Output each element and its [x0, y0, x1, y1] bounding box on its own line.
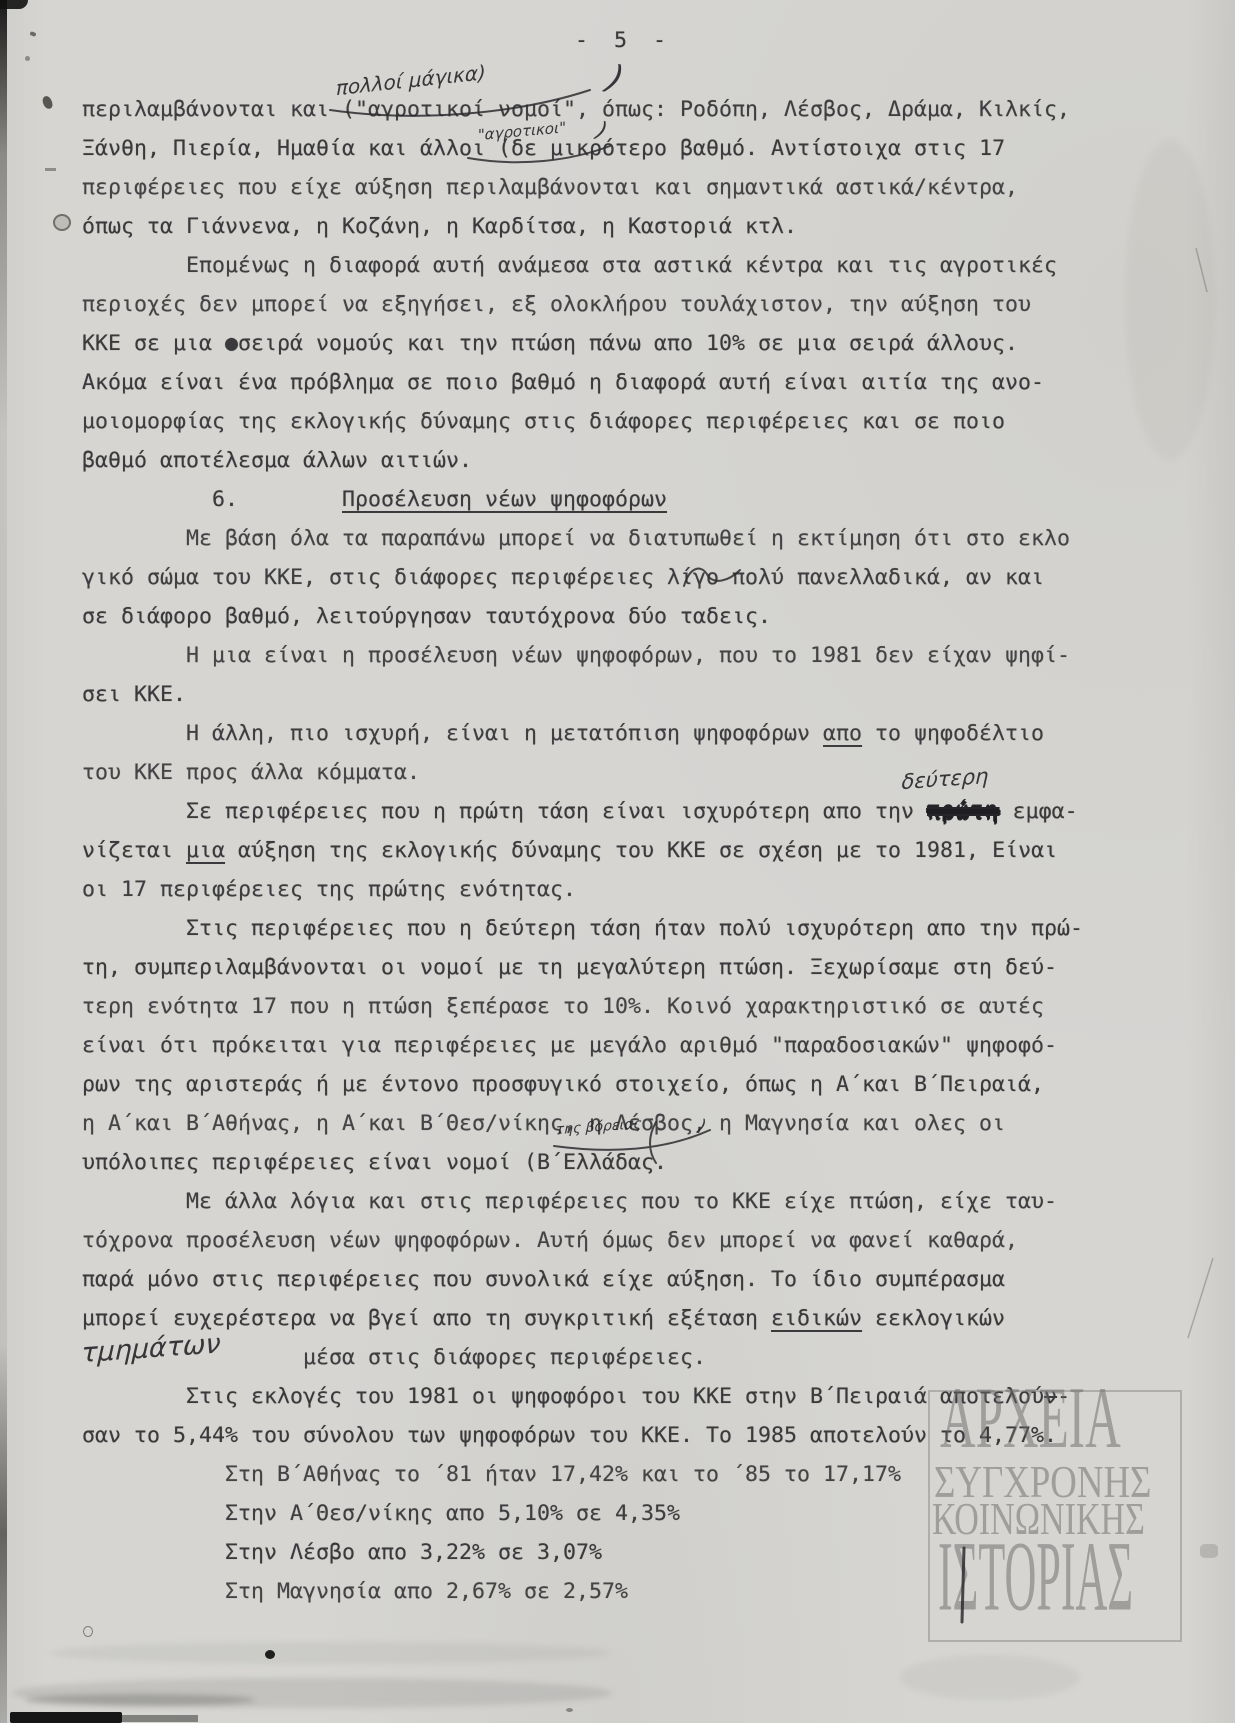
typewritten-line-4: όπως τα Γιάννενα, η Κοζάνη, η Καρδίτσα, … — [82, 213, 797, 240]
page-number: - 5 - — [575, 28, 666, 53]
typewritten-line-12: Με βάση όλα τα παραπάνω μπορεί να διατυπ… — [82, 525, 1070, 552]
scan-mark-right — [1200, 1544, 1218, 1558]
typewritten-line-6: περιοχές δεν μπορεί να εξηγήσει, εξ ολοκ… — [82, 291, 1031, 318]
typewritten-line-20: νίζεται μια αύξηση της εκλογικής δύναμης… — [82, 837, 1057, 864]
typewritten-line-1: περιλαμβάνονται και ("αγροτικοί νομοί", … — [82, 96, 1070, 123]
typewritten-line-39: Στη Μαγνησία απο 2,67% σε 2,57% — [82, 1578, 628, 1605]
typewritten-line-2: Ξάνθη, Πιερία, Ημαθία και άλλοι (δε μικρ… — [82, 135, 1005, 162]
typewritten-line-23: τη, συμπεριλαμβάνονται οι νομοί με τη με… — [82, 954, 1057, 981]
typewritten-line-15: Η μια είναι η προσέλευση νέων ψηφοφόρων,… — [82, 642, 1070, 669]
margin-ring-small — [83, 1626, 93, 1637]
typewritten-line-30: τόχρονα προσέλευση νέων ψηφοφόρων. Αυτή … — [82, 1227, 1018, 1254]
typewritten-line-17: Η άλλη, πιο ισχυρή, είναι η μετατόπιση ψ… — [82, 720, 1044, 747]
typewritten-line-13: γικό σώμα του ΚΚΕ, στις διάφορες περιφέρ… — [82, 564, 1044, 591]
scan-corner-bottomleft — [10, 1712, 122, 1723]
typewritten-line-35: σαν το 5,44% του σύνολου των ψηφοφόρων τ… — [82, 1422, 1057, 1449]
typewritten-line-19: Σε περιφέρειες που η πρώτη τάση είναι ισ… — [82, 798, 1078, 825]
scan-speck — [566, 1708, 573, 1712]
typewritten-line-10: βαθμό αποτέλεσμα άλλων αιτιών. — [82, 447, 472, 474]
scan-speck — [25, 56, 30, 61]
typewritten-line-9: μοιομορφίας της εκλογικής δύναμης στις δ… — [82, 408, 1005, 435]
stamp-line-4: ΙΣΤΟΡΙΑΣ — [938, 1526, 1133, 1626]
typewritten-line-8: Ακόμα είναι ένα πρόβλημα σε ποιο βαθμό η… — [82, 369, 1044, 396]
margin-dash — [45, 168, 56, 171]
typewritten-line-7: ΚΚΕ σε μια ●σειρά νομούς και την πτώση π… — [82, 330, 1018, 357]
typewritten-line-27: η Α΄και Β΄Αθήνας, η Α΄και Β΄Θεσ/νίκης, η… — [82, 1110, 1005, 1137]
typewritten-line-5: Επομένως η διαφορά αυτή ανάμεσα στα αστι… — [82, 252, 1057, 279]
scan-edge-left — [0, 0, 7, 1723]
typewritten-line-16: σει ΚΚΕ. — [82, 681, 186, 708]
typewritten-line-3: περιφέρειες που είχε αύξηση περιλαμβάνον… — [82, 174, 1018, 201]
smudge-faint — [1125, 140, 1215, 460]
typewritten-line-25: είναι ότι πρόκειται για περιφέρειες με μ… — [82, 1032, 1057, 1059]
typewritten-line-18: του ΚΚΕ προς άλλα κόμματα. — [82, 759, 420, 786]
margin-ring — [53, 214, 71, 231]
typewritten-line-37: Στην Α΄Θεσ/νίκης απο 5,10% σε 4,35% — [82, 1500, 680, 1527]
typewritten-line-34: Στις εκλογές του 1981 οι ψηφοφόροι του Κ… — [82, 1383, 1070, 1410]
typewritten-line-31: παρά μόνο στις περιφέρειες που συνολικά … — [82, 1266, 1005, 1293]
scan-corner-bottomleft-fade — [120, 1715, 198, 1722]
typewritten-line-14: σε διάφορο βαθμό, λειτούργησαν ταυτόχρον… — [82, 603, 771, 630]
typewritten-line-11: 6. Προσέλευση νέων ψηφοφόρων — [82, 486, 667, 513]
smudge-right — [900, 1655, 1080, 1700]
typewritten-line-28: υπόλοιπες περιφέρειες είναι νομοί (Β΄Ελλ… — [82, 1149, 667, 1176]
typewritten-line-24: τερη ενότητα 17 που η πτώση ξεπέρασε το … — [82, 993, 1044, 1020]
typewritten-line-38: Στην Λέσβο απο 3,22% σε 3,07% — [82, 1539, 602, 1566]
typewritten-line-36: Στη Β΄Αθήνας το ΄81 ήταν 17,42% και το ΄… — [82, 1461, 901, 1488]
smudge-band — [50, 1642, 610, 1664]
typewritten-line-22: Στις περιφέρειες που η δεύτερη τάση ήταν… — [82, 915, 1083, 942]
typewritten-line-29: Με άλλα λόγια και στις περιφέρειες που τ… — [82, 1188, 1057, 1215]
typewritten-line-26: ρων της αριστεράς ή με έντονο προσφυγικό… — [82, 1071, 1044, 1098]
smudge-core — [25, 1694, 255, 1706]
stamp-line-1: ΑΡΧΕΙΑ — [940, 1375, 1121, 1463]
typewritten-line-21: οι 17 περιφέρειες της πρώτης ενότητας. — [82, 876, 576, 903]
